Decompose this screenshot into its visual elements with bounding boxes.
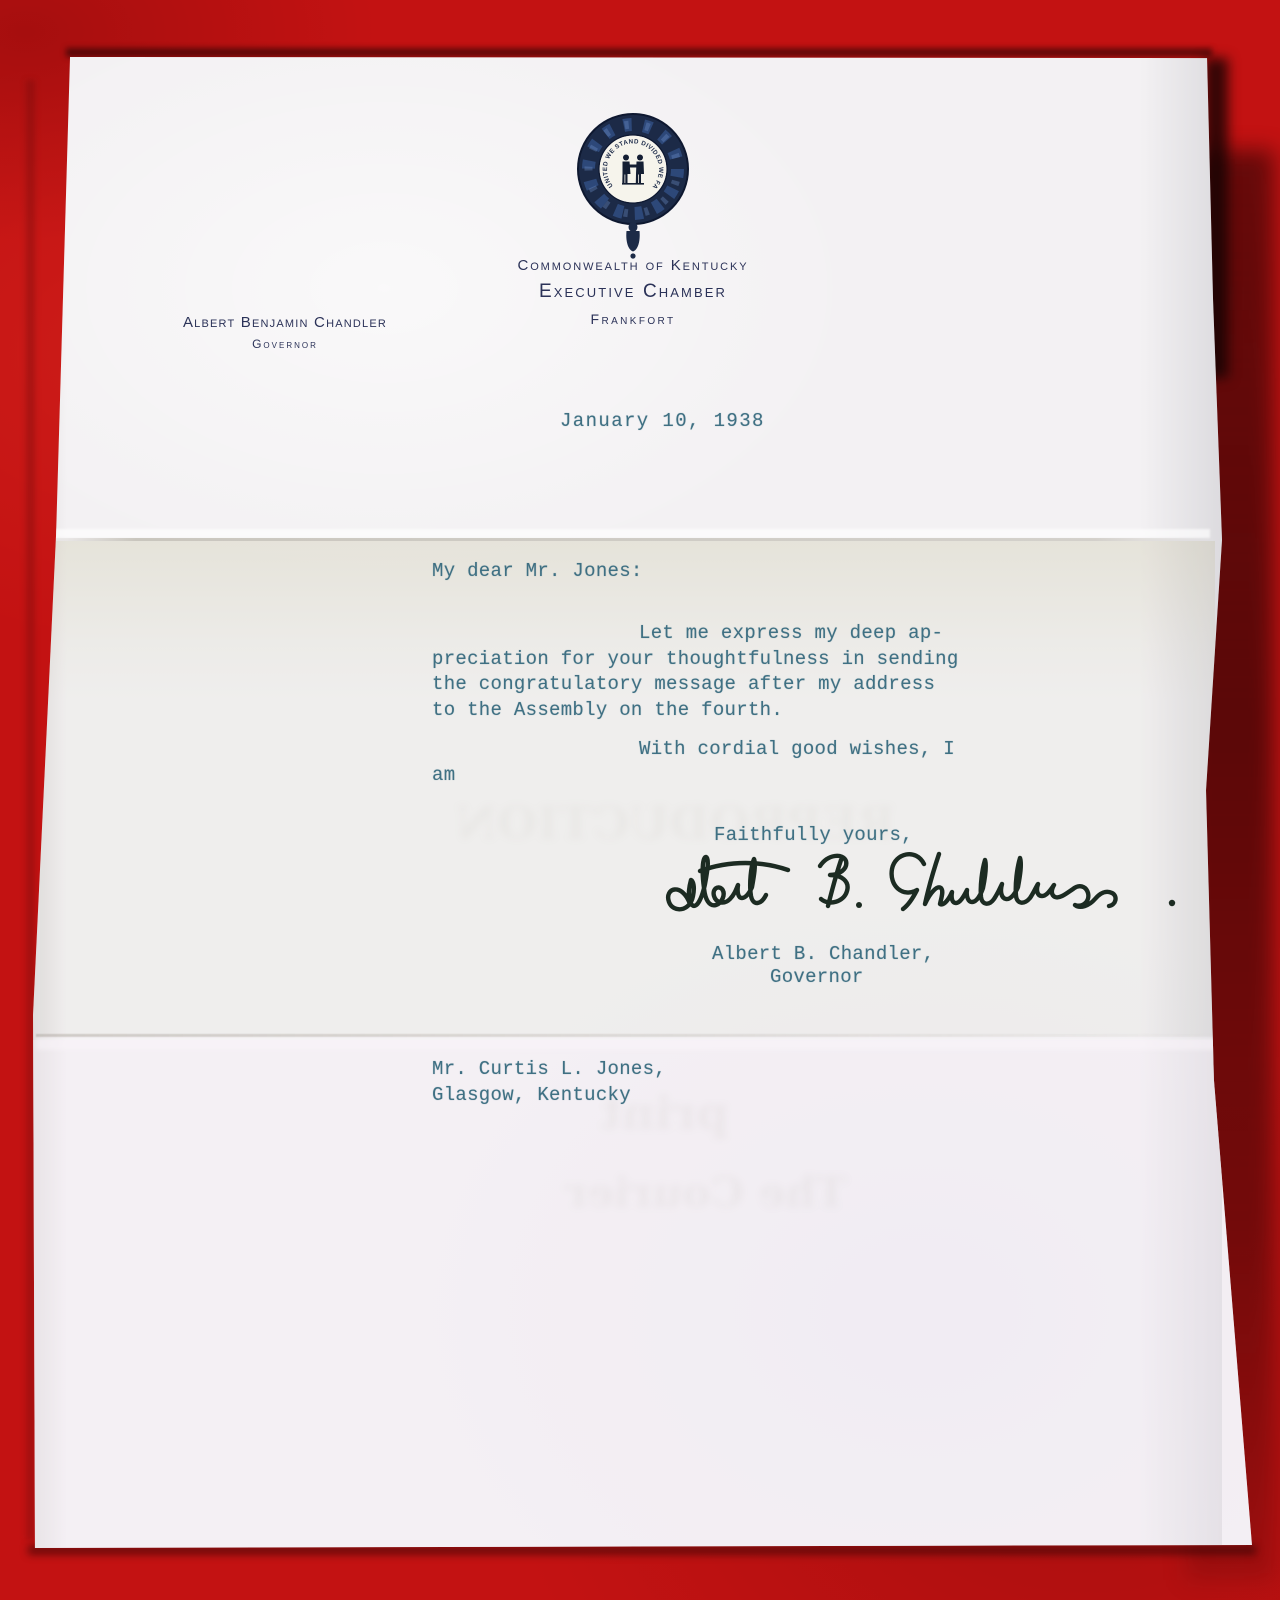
recipient-name: Mr. Curtis L. Jones,: [432, 1058, 666, 1084]
photo-of-letter: { "photo": { "background_red": "#c31212"…: [0, 0, 1280, 1600]
paper-edge-shadow-left: [26, 80, 35, 1540]
recipient-city: Glasgow, Kentucky: [432, 1084, 666, 1110]
upper-fold-highlight: [45, 529, 1210, 538]
closing-text: Faithfully yours,: [714, 824, 913, 846]
letterhead-official-name: Albert Benjamin Chandler: [158, 314, 412, 331]
letterhead-org-name: Commonwealth of Kentucky: [433, 257, 833, 274]
letter-paper: REPRODUCTION print The Courier UNITED WE…: [0, 0, 1280, 1600]
date-text: January 10, 1938: [560, 410, 765, 432]
seal-pendant-icon: [626, 222, 639, 259]
letterhead-city: Frankfort: [433, 311, 833, 327]
paper-edge-shadow-top: [66, 48, 1212, 57]
kentucky-state-seal-icon: UNITED WE STAND DIVIDED WE FALL: [553, 112, 713, 262]
letterhead-official-title: Governor: [158, 337, 412, 351]
body-line: the congratulatory message after my addr…: [432, 673, 992, 699]
body-line: preciation for your thoughtfulness in se…: [432, 648, 992, 674]
paragraph-spacer: [432, 724, 992, 738]
letterhead-official-block: Albert Benjamin Chandler Governor: [158, 314, 412, 351]
bleed-through-text: The Courier: [565, 1168, 847, 1217]
recipient-address: Mr. Curtis L. Jones, Glasgow, Kentucky: [432, 1058, 666, 1109]
closing-line: Faithfully yours,: [714, 824, 913, 846]
lower-fold-crease: [36, 1034, 1226, 1037]
salutation: My dear Mr. Jones:: [432, 560, 643, 582]
body-line: With cordial good wishes, I: [432, 738, 992, 764]
letter-body: Let me express my deep ap- preciation fo…: [432, 622, 992, 789]
signature-script: [662, 846, 1196, 940]
body-line: Let me express my deep ap-: [432, 622, 992, 648]
salutation-text: My dear Mr. Jones:: [432, 560, 643, 582]
letterhead-office: Executive Chamber: [433, 281, 833, 303]
letterhead-center-block: Commonwealth of Kentucky Executive Chamb…: [433, 257, 833, 327]
date-line: January 10, 1938: [560, 410, 765, 432]
typed-signature-name: Albert B. Chandler,: [712, 943, 934, 965]
typed-title-text: Governor: [770, 966, 864, 988]
body-line: to the Assembly on the fourth.: [432, 699, 992, 725]
body-line: am: [432, 764, 992, 790]
typed-signature-title: Governor: [770, 966, 864, 988]
typed-name-text: Albert B. Chandler,: [712, 943, 934, 965]
